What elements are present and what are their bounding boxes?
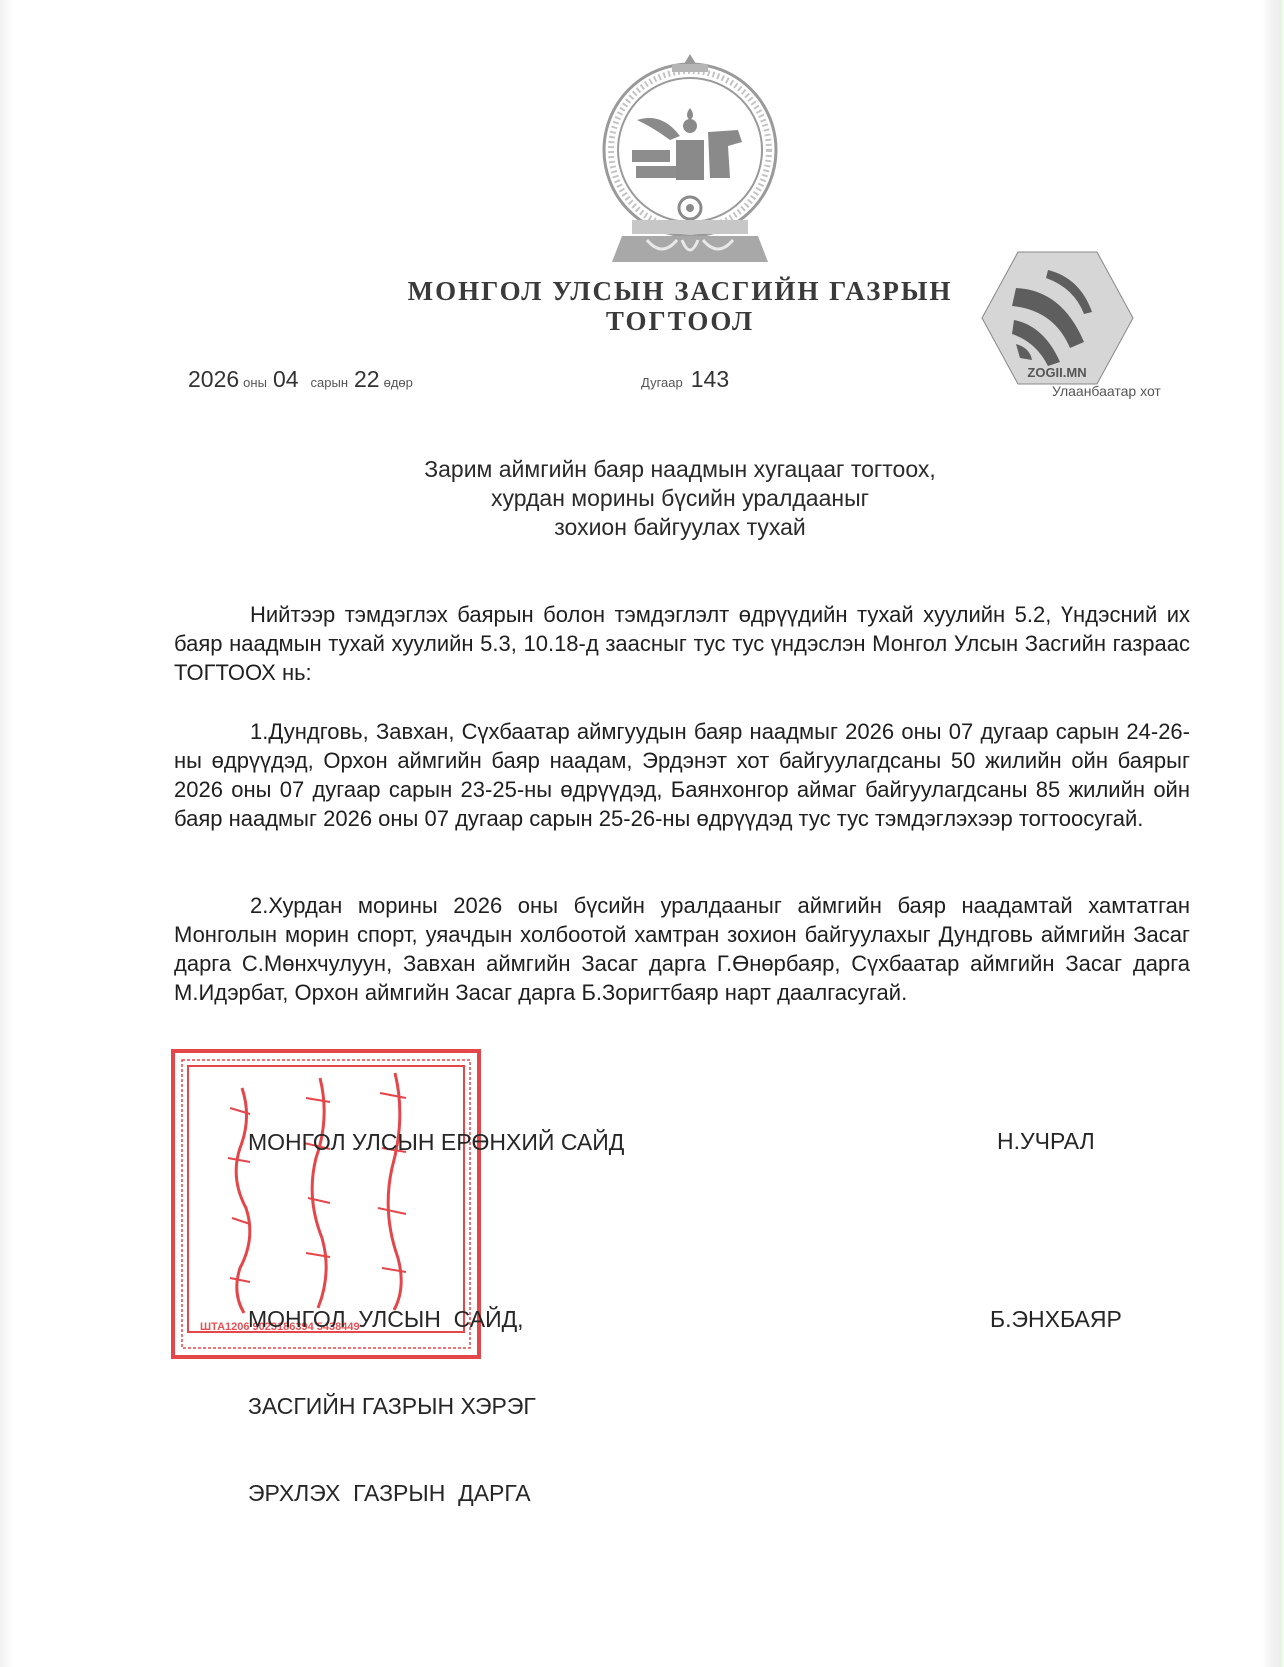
heading-line-1: МОНГОЛ УЛСЫН ЗАСГИЙН ГАЗРЫН	[340, 276, 1020, 306]
signatory-1-name: Н.УЧРАЛ	[997, 1128, 1095, 1155]
zogii-logo-icon: ZOGII.MN	[980, 250, 1135, 386]
document-number: Дугаар143	[641, 366, 729, 393]
document-subject: Зарим аймгийн баяр наадмын хугацааг тогт…	[340, 455, 1020, 542]
subject-line: зохион байгуулах тухай	[340, 513, 1020, 542]
date-month-suffix: сарын	[311, 375, 348, 390]
signatory-2-name: Б.ЭНХБАЯР	[990, 1306, 1122, 1333]
subject-line: Зарим аймгийн баяр наадмын хугацааг тогт…	[340, 455, 1020, 484]
number-label: Дугаар	[641, 375, 683, 390]
date-year-suffix: оны	[243, 375, 267, 390]
date-year: 2026	[188, 366, 239, 392]
preamble-paragraph: Нийтээр тэмдэглэх баярын болон тэмдэглэл…	[174, 600, 1190, 687]
date-month: 04	[273, 366, 299, 392]
subject-line: хурдан морины бүсийн уралдааныг	[340, 484, 1020, 513]
state-emblem-icon	[592, 50, 788, 265]
page-edge-right	[1262, 0, 1284, 1667]
heading-line-2: ТОГТООЛ	[340, 306, 1020, 336]
date-day-suffix: өдөр	[384, 375, 413, 390]
page-edge-left	[0, 0, 14, 1667]
clause-2-paragraph: 2.Хурдан морины 2026 оны бүсийн уралдаан…	[174, 891, 1190, 1007]
svg-text:ZOGII.MN: ZOGII.MN	[1027, 365, 1086, 380]
document-heading: МОНГОЛ УЛСЫН ЗАСГИЙН ГАЗРЫН ТОГТООЛ	[340, 276, 1020, 336]
document-city: Улаанбаатар хот	[1052, 383, 1161, 399]
signatory-1-title: МОНГОЛ УЛСЫН ЕРӨНХИЙ САЙД	[248, 1128, 624, 1157]
date-day: 22	[354, 366, 380, 392]
number-value: 143	[691, 366, 729, 392]
document-date: 2026оны04сарын22өдөр	[188, 366, 419, 402]
clause-1-paragraph: 1.Дундговь, Завхан, Сүхбаатар аймгуудын …	[174, 717, 1190, 833]
signatory-2-title: МОНГОЛ УЛСЫН САЙД, ЗАСГИЙН ГАЗРЫН ХЭРЭГ …	[248, 1247, 536, 1537]
